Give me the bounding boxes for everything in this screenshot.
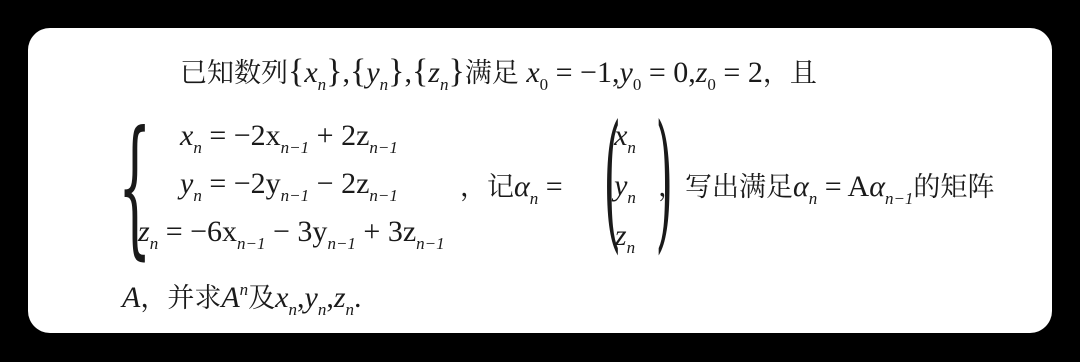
matrix-request: ，写出满足αn = Aαn−1的矩阵 [658, 169, 994, 206]
recurrence-system: { xn = −2xn−1 + 2zn−1 yn = −2yn−1 − 2zn−… [118, 118, 488, 258]
vector-y: yn [605, 168, 645, 204]
vector-x: xn [605, 118, 645, 154]
equation-row-2: yn = −2yn−1 − 2zn−1 [180, 166, 398, 202]
equation-row-3: zn = −6xn−1 − 3yn−1 + 3zn−1 [138, 214, 445, 250]
problem-line-3: A，并求An及xn,yn,zn. [122, 280, 362, 317]
column-vector: ( xn yn zn ) [583, 116, 655, 256]
alpha-definition: ，记αn = [460, 169, 563, 206]
vector-z: zn [605, 218, 645, 254]
intro-text: 已知数列 [180, 58, 288, 89]
satisfy-text: 满足 [465, 58, 519, 89]
problem-card: 已知数列{xn},{yn},{zn}满足 x0 = −1,y0 = 0,z0 =… [28, 28, 1052, 333]
problem-line-1: 已知数列{xn},{yn},{zn}满足 x0 = −1,y0 = 0,z0 =… [180, 54, 817, 92]
equation-row-1: xn = −2xn−1 + 2zn−1 [180, 118, 398, 154]
